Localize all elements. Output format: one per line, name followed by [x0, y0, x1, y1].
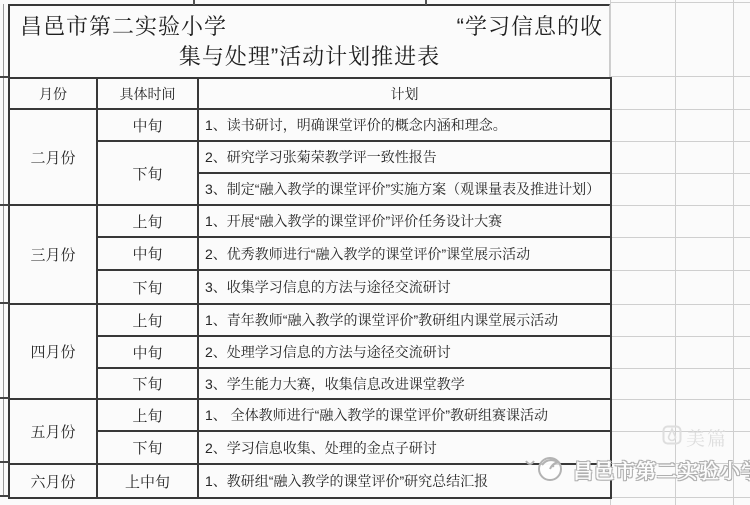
gridline: [610, 497, 750, 498]
table-row: 下旬 3、学生能力大赛，收集信息改进课堂教学: [9, 368, 611, 399]
title-line-1: 昌邑市第二实验小学 “学习信息的收: [10, 6, 609, 41]
gridline: [610, 399, 750, 400]
gridline: [0, 495, 9, 497]
plan-cell: 2、研究学习张菊荣教学评一致性报告: [198, 141, 611, 173]
gridline: [610, 2, 750, 3]
meipian-logo-icon: [662, 425, 682, 451]
plan-cell: 2、处理学习信息的方法与途径交流研讨: [198, 336, 611, 368]
time-cell: 下旬: [97, 368, 198, 399]
document-title: 昌邑市第二实验小学 “学习信息的收 集与处理”活动计划推进表: [8, 4, 610, 77]
table-row: 六月份 上中旬 1、教研组“融入教学的课堂评价”研究总结汇报: [9, 464, 611, 498]
meipian-watermark-label: 美篇: [686, 424, 728, 451]
activity-plan-table: 月份 具体时间 计划 二月份 中旬 1、读书研讨，明确课堂评价的概念内涵和理念。…: [8, 77, 612, 499]
table-row: 下旬 3、收集学习信息的方法与途径交流研讨: [9, 270, 611, 304]
gridline: [610, 205, 750, 206]
meipian-watermark: 美篇: [662, 424, 728, 451]
time-cell: 下旬: [97, 431, 198, 464]
time-cell: 下旬: [97, 141, 198, 205]
time-cell: 下旬: [97, 270, 198, 304]
gridline: [610, 76, 750, 77]
table-row: 五月份 上旬 1、 全体教师进行“融入教学的课堂评价”教研组赛课活动: [9, 399, 611, 431]
header-month: 月份: [9, 78, 97, 109]
time-cell: 中旬: [97, 109, 198, 141]
time-cell: 中旬: [97, 237, 198, 270]
spreadsheet-screenshot: 昌邑市第二实验小学 “学习信息的收 集与处理”活动计划推进表 月份 具体时间 计…: [0, 0, 750, 505]
month-cell: 五月份: [9, 399, 97, 464]
plan-cell: 1、开展“融入教学的课堂评价”评价任务设计大赛: [198, 205, 611, 237]
header-row: 月份 具体时间 计划: [9, 78, 611, 109]
time-cell: 上旬: [97, 304, 198, 336]
gridline: [610, 336, 750, 337]
month-cell: 三月份: [9, 205, 97, 304]
header-plan: 计划: [198, 78, 611, 109]
gridline: [610, 141, 750, 142]
gridline: [0, 397, 9, 399]
table-row: 中旬 2、处理学习信息的方法与途径交流研讨: [9, 336, 611, 368]
gridline: [0, 204, 9, 206]
gridline: [610, 173, 750, 174]
school-watermark-label: 昌邑市第二实验小学: [573, 455, 750, 484]
plan-cell: 3、学生能力大赛，收集信息改进课堂教学: [198, 368, 611, 399]
title-subject-start: “学习信息的收: [457, 13, 603, 41]
time-cell: 上旬: [97, 399, 198, 431]
time-cell: 上中旬: [97, 464, 198, 498]
plan-cell: 2、优秀教师进行“融入教学的课堂评价”课堂展示活动: [198, 237, 611, 270]
time-cell: 上旬: [97, 205, 198, 237]
plan-cell: 1、读书研讨，明确课堂评价的概念内涵和理念。: [198, 109, 611, 141]
school-logo-icon: [524, 451, 568, 488]
title-school-name: 昌邑市第二实验小学: [20, 13, 227, 41]
table-row: 三月份 上旬 1、开展“融入教学的课堂评价”评价任务设计大赛: [9, 205, 611, 237]
table-row: 四月份 上旬 1、青年教师“融入教学的课堂评价”教研组内课堂展示活动: [9, 304, 611, 336]
table-row: 下旬 2、研究学习张菊荣教学评一致性报告: [9, 141, 611, 173]
gridline: [193, 0, 195, 5]
title-line-2: 集与处理”活动计划推进表: [10, 43, 609, 71]
gridline: [425, 0, 427, 5]
gridline: [0, 302, 9, 304]
gridline: [610, 368, 750, 369]
plan-cell: 3、制定“融入教学的课堂评价”实施方案（观课量表及推进计划）: [198, 173, 611, 205]
table-row: 中旬 2、优秀教师进行“融入教学的课堂评价”课堂展示活动: [9, 237, 611, 270]
plan-cell: 3、收集学习信息的方法与途径交流研讨: [198, 270, 611, 304]
month-cell: 六月份: [9, 464, 97, 498]
table-row: 下旬 2、学习信息收集、处理的金点子研讨: [9, 431, 611, 464]
plan-cell: 1、 全体教师进行“融入教学的课堂评价”教研组赛课活动: [198, 399, 611, 431]
gridline: [610, 237, 750, 238]
month-cell: 二月份: [9, 109, 97, 205]
gridline: [610, 109, 750, 110]
header-time: 具体时间: [97, 78, 198, 109]
gridline: [0, 76, 9, 78]
gridline: [0, 461, 9, 463]
gridline: [610, 304, 750, 305]
table-row: 二月份 中旬 1、读书研讨，明确课堂评价的概念内涵和理念。: [9, 109, 611, 141]
gridline: [610, 270, 750, 271]
month-cell: 四月份: [9, 304, 97, 399]
school-watermark: 昌邑市第二实验小学: [524, 451, 750, 488]
time-cell: 中旬: [97, 336, 198, 368]
plan-cell: 1、青年教师“融入教学的课堂评价”教研组内课堂展示活动: [198, 304, 611, 336]
